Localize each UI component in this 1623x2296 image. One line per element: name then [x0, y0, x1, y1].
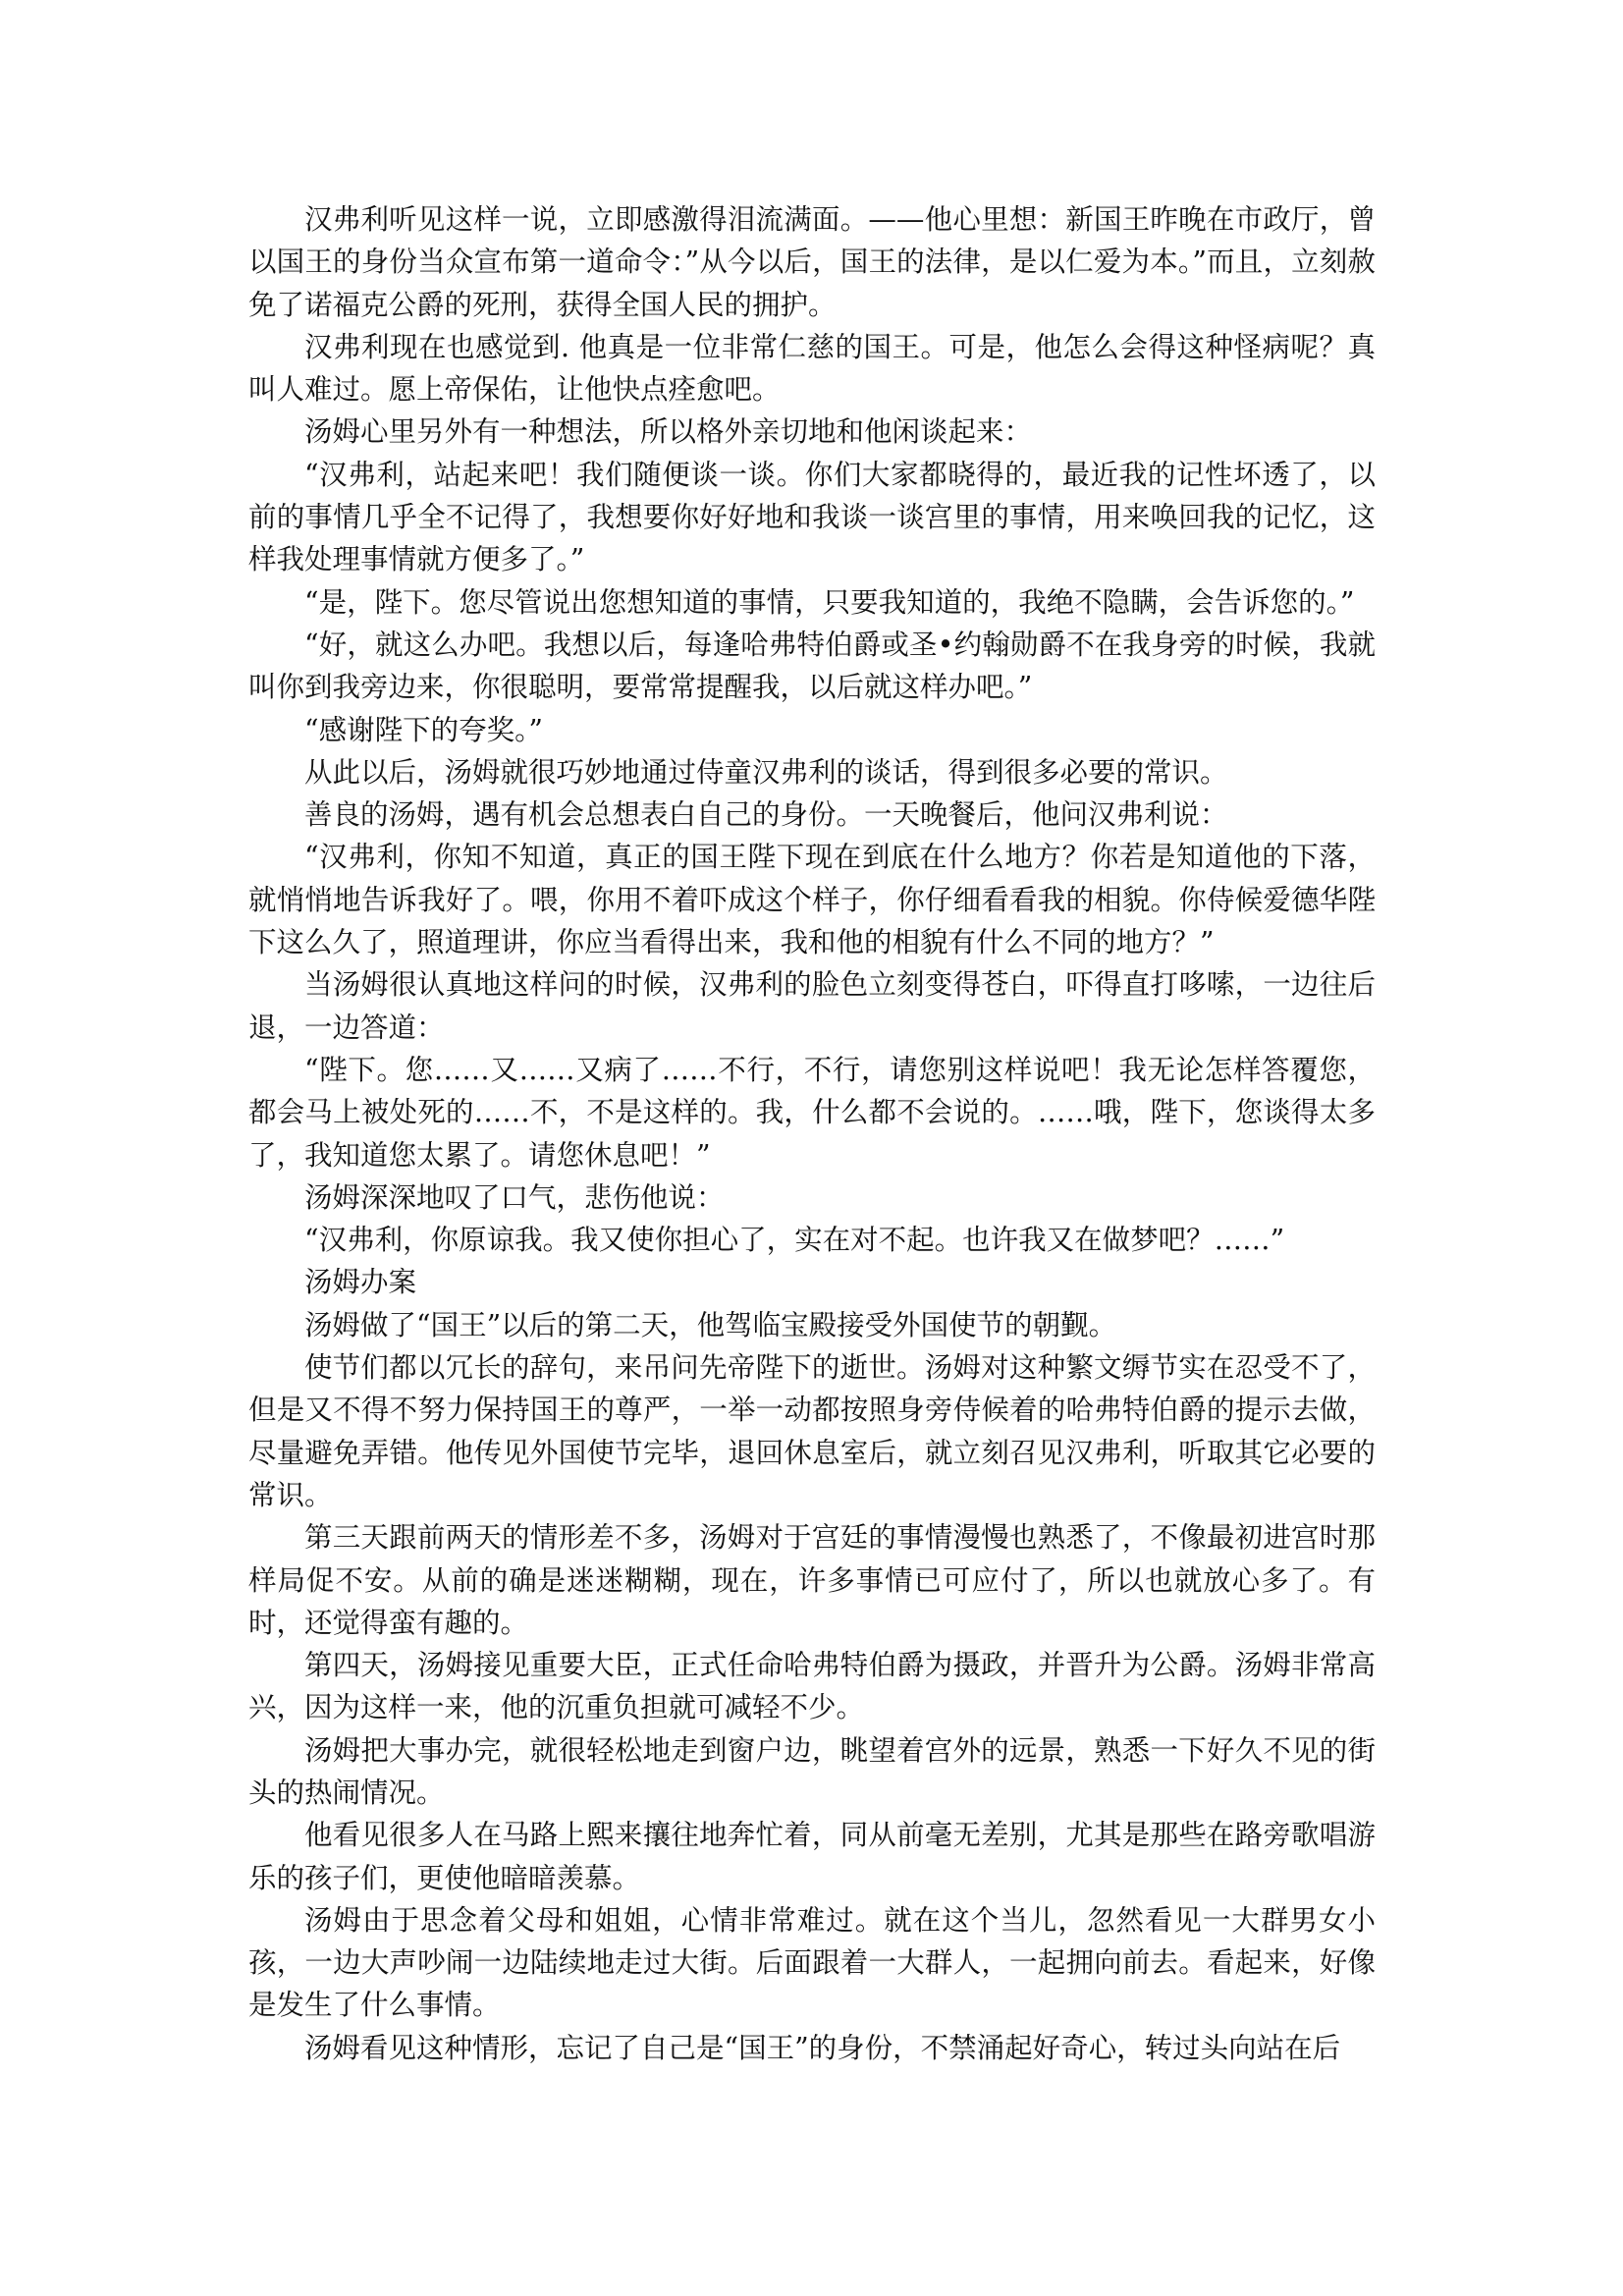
paragraph: 当汤姆很认真地这样问的时候，汉弗利的脸色立刻变得苍白，吓得直打哆嗦，一边往后退，…	[248, 963, 1376, 1049]
paragraph: 汤姆把大事办完，就很轻松地走到窗户边，眺望着宫外的远景，熟悉一下好久不见的街头的…	[248, 1729, 1376, 1815]
paragraph: “陛下。您……又……又病了……不行，不行，请您别这样说吧！我无论怎样答覆您，都会…	[248, 1049, 1376, 1176]
paragraph: 他看见很多人在马路上熙来攘往地奔忙着，同从前毫无差别，尤其是那些在路旁歌唱游乐的…	[248, 1814, 1376, 1899]
paragraph: 使节们都以冗长的辞句，来吊问先帝陛下的逝世。汤姆对这种繁文缛节实在忍受不了，但是…	[248, 1346, 1376, 1516]
paragraph: 从此以后，汤姆就很巧妙地通过侍童汉弗利的谈话，得到很多必要的常识。	[248, 751, 1376, 793]
paragraph: 第四天，汤姆接见重要大臣，正式任命哈弗特伯爵为摄政，并晋升为公爵。汤姆非常高兴，…	[248, 1644, 1376, 1729]
paragraph: 汉弗利现在也感觉到. 他真是一位非常仁慈的国王。可是，他怎么会得这种怪病呢？真叫…	[248, 326, 1376, 411]
paragraph: 汤姆心里另外有一种想法，所以格外亲切地和他闲谈起来：	[248, 410, 1376, 453]
paragraph: “感谢陛下的夸奖。”	[248, 709, 1376, 751]
paragraph: 第三天跟前两天的情形差不多，汤姆对于宫廷的事情漫慢也熟悉了，不像最初进宫时那样局…	[248, 1516, 1376, 1644]
paragraph: “汉弗利，你原谅我。我又使你担心了，实在对不起。也许我又在做梦吧？……”	[248, 1219, 1376, 1261]
paragraph: “汉弗利，你知不知道，真正的国王陛下现在到底在什么地方？你若是知道他的下落，就悄…	[248, 836, 1376, 963]
document-page: 汉弗利听见这样一说，立即感激得泪流满面。——他心里想：新国王昨晚在市政厅，曾以国…	[248, 198, 1376, 2069]
paragraph: “汉弗利，站起来吧！我们随便谈一谈。你们大家都晓得的，最近我的记性坏透了，以前的…	[248, 454, 1376, 581]
paragraph: 汤姆做了“国王”以后的第二天，他驾临宝殿接受外国使节的朝觐。	[248, 1304, 1376, 1346]
paragraph: 汤姆看见这种情形，忘记了自己是“国王”的身份，不禁涌起好奇心，转过头向站在后	[248, 2027, 1376, 2069]
paragraph: 汉弗利听见这样一说，立即感激得泪流满面。——他心里想：新国王昨晚在市政厅，曾以国…	[248, 198, 1376, 326]
paragraph: 善良的汤姆，遇有机会总想表白自己的身份。一天晚餐后，他问汉弗利说：	[248, 793, 1376, 836]
paragraph: “是，陛下。您尽管说出您想知道的事情，只要我知道的，我绝不隐瞒，会告诉您的。”	[248, 581, 1376, 624]
paragraph: 汤姆深深地叹了口气，悲伤他说：	[248, 1176, 1376, 1219]
paragraph: 汤姆由于思念着父母和姐姐，心情非常难过。就在这个当儿，忽然看见一大群男女小孩，一…	[248, 1899, 1376, 2027]
section-heading: 汤姆办案	[248, 1261, 1376, 1303]
paragraph: “好，就这么办吧。我想以后，每逢哈弗特伯爵或圣•约翰勋爵不在我身旁的时候，我就叫…	[248, 624, 1376, 709]
